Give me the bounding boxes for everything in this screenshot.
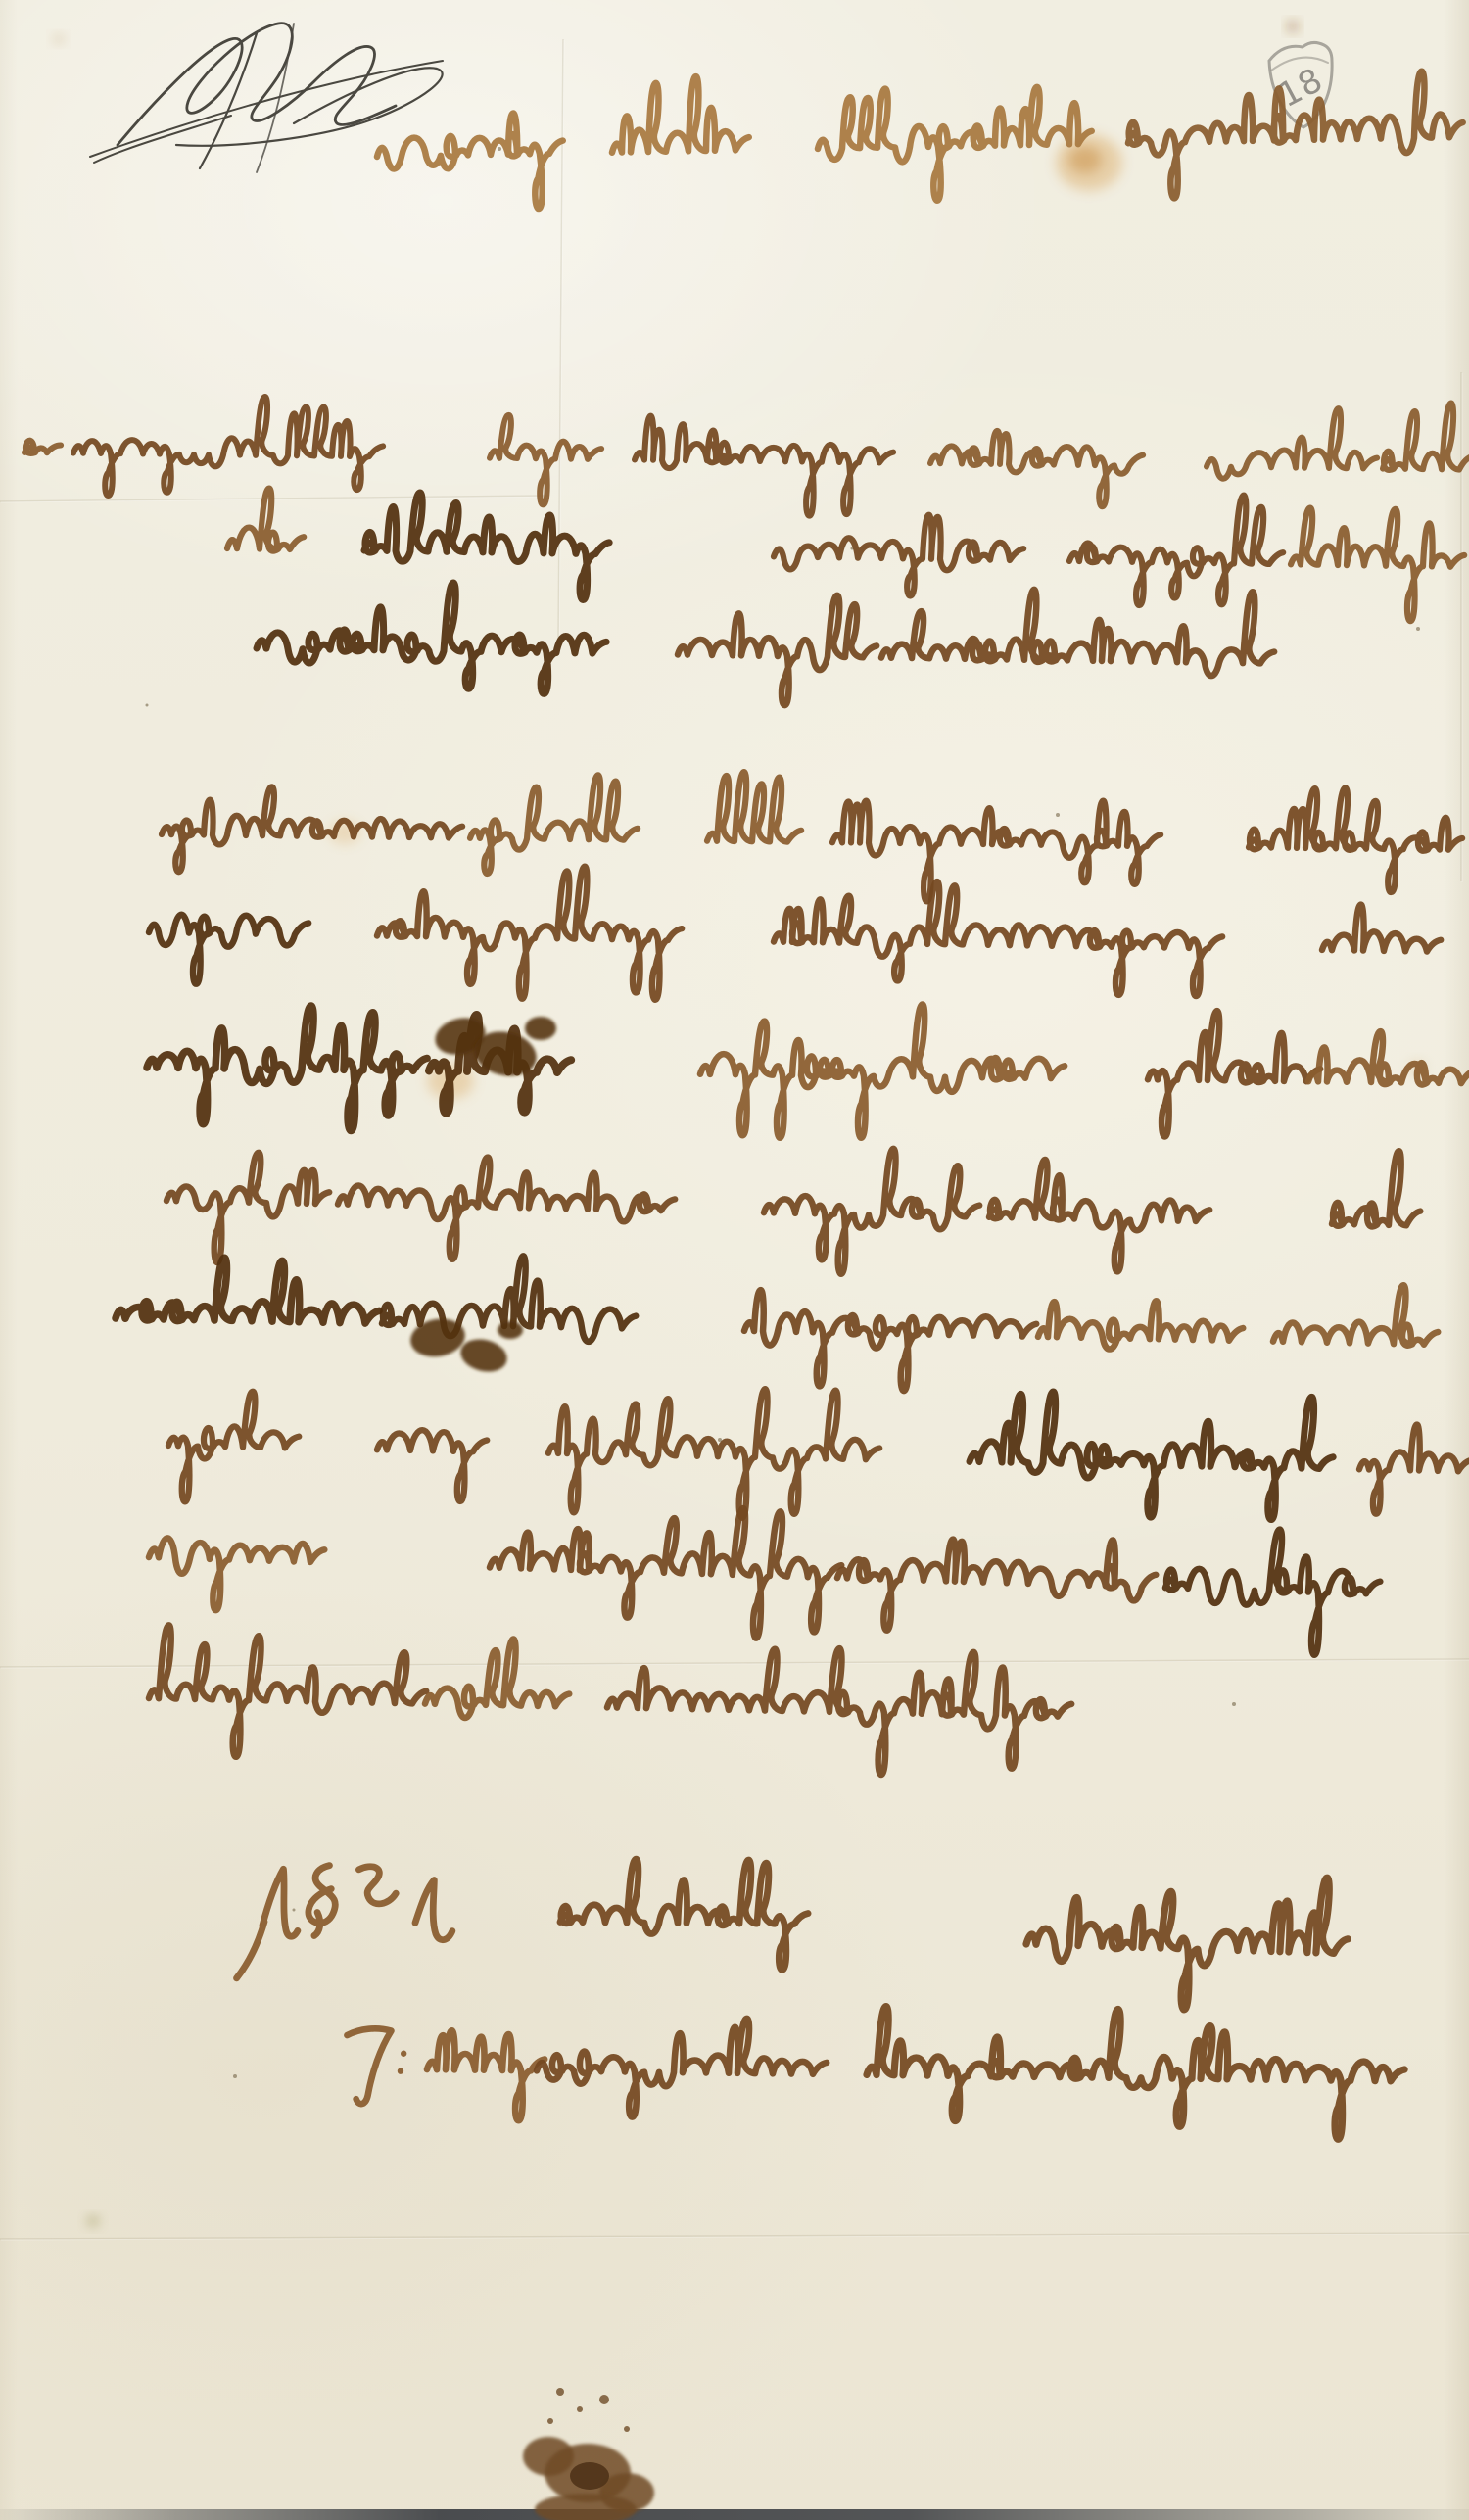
handwriting-segment [376,113,564,212]
handwriting-stroke [1322,904,1442,952]
handwriting-segment [470,774,639,876]
handwriting-stroke [426,2030,545,2120]
handwriting-segment [536,2016,827,2119]
handwriting-segment [116,1256,380,1325]
handwriting-segment [634,415,893,516]
handwriting-stroke [1207,406,1378,480]
handwriting-digits [308,1865,336,1923]
paper-creases-layer [0,39,1469,2240]
paper-speck [293,1909,296,1912]
handwriting-lines-layer [24,71,1469,2140]
handwriting-stroke [536,2016,827,2119]
handwriting-stroke [116,1256,380,1325]
bottom-blot-speckle [599,2395,609,2404]
colon-dot [398,2068,403,2073]
handwriting-stroke [148,914,308,985]
handwriting-segment [1332,1150,1422,1228]
handwriting-stroke [773,880,1223,997]
handwriting-segment [1248,786,1462,893]
paper-crease [558,39,563,646]
ink-blot [498,1321,523,1339]
handwriting-stroke [547,1385,881,1521]
handwriting-stroke [1024,1869,1350,2015]
handwriting-segment [677,593,877,706]
paper-crease-highlight [1,497,549,502]
handwriting-segment [148,914,308,985]
ink-blot [457,1335,510,1377]
flourish-stroke [176,68,443,146]
paper-speck [1056,813,1060,817]
handwriting-segment [237,1865,453,1980]
paper-crease-highlight [1,1660,1469,1668]
handwriting-segment [166,1151,330,1264]
handwriting-segment [831,797,1161,904]
manuscript-page: 18 [0,0,1469,2520]
handwriting-stroke [969,1390,1334,1520]
handwriting-stroke [773,512,1023,597]
handwriting-stroke [763,1146,981,1276]
handwriting-stroke [817,85,1093,203]
handwriting-segment [707,772,802,842]
paper-crease [0,1659,1469,1667]
handwriting-digits [415,1879,452,1939]
handwriting-segment [969,1390,1334,1520]
handwriting-stroke [147,1538,324,1614]
handwriting-digits [237,1922,264,1978]
handwriting-digits [262,1869,299,1936]
handwriting-stroke [835,1532,1157,1639]
paper-speck [1416,627,1420,631]
handwriting-stroke [1358,1423,1469,1515]
paper-stain [1289,23,1298,31]
handwriting-stroke [227,488,305,551]
handwriting-segment [489,415,601,505]
handwriting-segment [1207,406,1378,480]
handwriting-stroke [363,492,610,600]
handwriting-segment [835,1532,1157,1639]
paper-speck [146,704,149,707]
handwriting-segment [547,1385,881,1521]
handwriting-stroke [743,1290,1037,1394]
handwriting-segment [817,85,1093,203]
scan-edge-strip [0,2509,1469,2520]
bottom-blot-speckle [624,2426,630,2432]
paper-stain [1068,146,1102,173]
handwriting-segment [1308,1030,1469,1085]
handwriting-stroke [929,430,1143,507]
handwriting-stroke [488,1500,843,1640]
handwriting-stroke [376,113,564,212]
handwriting-segment [167,1390,300,1504]
handwriting-stroke [699,1002,1066,1141]
handwriting-stroke [1147,1010,1321,1138]
handwriting-segment [699,1002,1066,1141]
handwriting-stroke [1038,1299,1244,1352]
handwriting-stroke [707,772,802,842]
paper-crease-highlight [1,2234,1469,2240]
handwriting-segment [376,864,683,1002]
flourish-stroke [94,116,231,163]
handwriting-stroke [611,75,749,153]
handwriting-segment [1038,1299,1244,1352]
handwriting-stroke [1332,1150,1422,1228]
handwriting-segment [1383,403,1469,471]
handwriting-stroke [1383,403,1469,471]
handwriting-stroke [1248,786,1462,893]
handwriting-stroke [166,1151,330,1264]
handwriting-stroke [1308,1030,1469,1085]
handwriting-segment [72,395,383,499]
handwriting-segment [162,785,463,876]
handwriting-segment [743,1290,1037,1394]
handwriting-segment [611,75,749,153]
handwriting-numeral [347,2028,392,2105]
handwriting-stroke [831,797,1161,904]
handwriting-segment [1163,1526,1382,1657]
handwriting-segment [376,1429,487,1501]
handwriting-segment [147,1538,324,1614]
handwriting-stroke [677,593,877,706]
handwriting-segment [346,2028,545,2120]
handwriting-stroke [988,1159,1210,1273]
handwriting-stroke [634,415,893,516]
handwriting-stroke [146,1004,428,1131]
handwriting-segment [1273,1283,1439,1347]
handwriting-segment [1147,1010,1321,1138]
colon-dot [401,2051,406,2057]
handwriting-segment [763,1146,981,1276]
handwriting-stroke [470,774,639,876]
handwriting-digits [358,1867,396,1904]
flourish-stroke [118,24,396,145]
handwriting-stroke [1163,1526,1382,1657]
handwriting-stroke [337,1155,676,1264]
bottom-blot-speckle [577,2406,583,2412]
handwriting-segment [425,1638,571,1720]
handwriting-segment [773,512,1023,597]
handwriting-segment [1322,904,1442,952]
handwriting-segment [866,2006,1405,2140]
handwriting-segment [988,1159,1210,1273]
handwriting-segment [488,1500,843,1640]
paper-stain [54,35,64,43]
handwriting-segment [24,441,61,454]
handwriting-segment [1024,1869,1350,2015]
bottom-blot-speckle [547,2418,553,2424]
ink-flourish-paraph [90,24,443,172]
paper-crease [0,2233,1469,2239]
handwriting-segment [146,1004,428,1131]
handwriting-stroke [425,1638,571,1720]
handwriting-segment [337,1155,676,1264]
paper-speck [1232,1702,1236,1706]
ink-blot [525,1017,556,1040]
bottom-blot-core [570,2462,609,2490]
handwriting-segment [363,492,610,600]
handwriting-stroke [256,580,607,694]
paper-speck [233,2074,237,2078]
handwriting-stroke [148,1625,428,1761]
handwriting-stroke [162,785,463,876]
handwriting-segment [256,580,607,694]
handwriting-segment [773,880,1223,997]
bottom-ink-blot [523,2388,654,2520]
handwriting-segment [1290,507,1465,622]
handwriting-stroke [1273,1283,1439,1347]
handwriting-stroke [489,415,601,505]
handwriting-stroke [24,441,61,454]
bottom-blot-speckle [556,2388,564,2396]
handwriting-stroke [866,2006,1405,2140]
handwriting-stroke [376,1429,487,1501]
handwriting-segment [148,1625,428,1761]
handwriting-segment [227,488,305,551]
manuscript-scan-svg: 18 [0,0,1469,2520]
handwriting-segment [1358,1423,1469,1515]
paper-stain [87,2216,99,2226]
handwriting-stroke [167,1390,300,1504]
handwriting-segment [929,430,1143,507]
handwriting-stroke [560,1859,809,1971]
handwriting-segment [560,1859,809,1971]
handwriting-stroke [72,395,383,499]
handwriting-stroke [376,864,683,1002]
paper-speck [498,147,501,151]
handwriting-stroke [1290,507,1465,622]
